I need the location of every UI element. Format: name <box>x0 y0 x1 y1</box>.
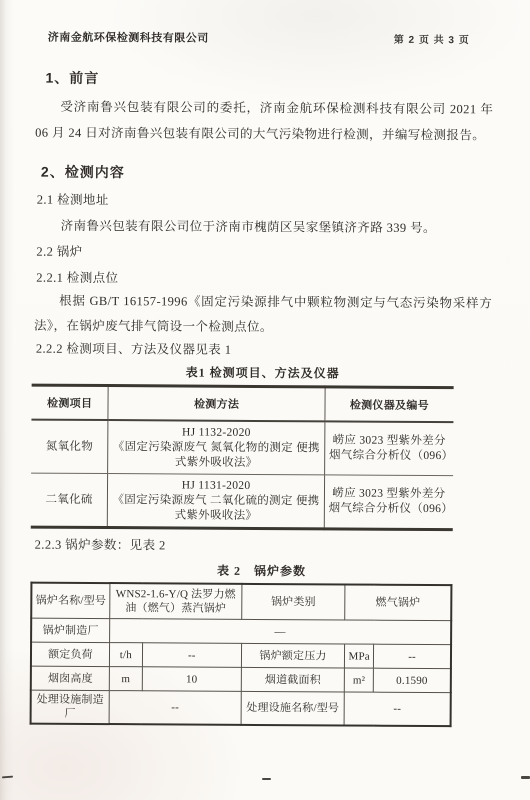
instrument-cell: 崂应 3023 型紫外差分烟气综合分析仪（096） <box>324 475 453 530</box>
rated-load-label: 额定负荷 <box>31 642 110 666</box>
address-text: 济南鲁兴包装有限公司位于济南市槐荫区吴家堡镇济齐路 339 号。 <box>61 216 493 237</box>
flue-area-unit: m² <box>344 668 373 692</box>
manufacturer-value: — <box>110 619 452 645</box>
chimney-height-unit: m <box>109 667 142 691</box>
method-code: HJ 1131-2020 <box>112 478 320 494</box>
method-cell: HJ 1131-2020 《固定污染源废气 二氧化硫的测定 便携式紫外吸收法》 <box>108 474 325 529</box>
method-name: 《固定污染源废气 氮氧化物的测定 便携式紫外吸收法》 <box>112 440 320 471</box>
boiler-name-value: WNS2-1.6-Y/Q 法罗力燃油（燃气）蒸汽锅炉 <box>110 583 242 619</box>
method-cell: HJ 1132-2020 《固定污染源废气 氮氧化物的测定 便携式紫外吸收法》 <box>108 420 325 475</box>
heading-2-2-2: 2.2.2 检测项目、方法及仪器见表 1 <box>36 339 492 360</box>
table-boiler-parameters: 锅炉名称/型号 WNS2-1.6-Y/Q 法罗力燃油（燃气）蒸汽锅炉 锅炉类别 … <box>30 582 453 728</box>
table2-caption: 表 2 锅炉参数 <box>32 561 490 581</box>
table-row: 锅炉制造厂 — <box>31 618 451 645</box>
treatment-manufacturer-value: -- <box>109 691 241 725</box>
rated-pressure-value: -- <box>374 644 451 668</box>
heading-2-1: 2.1 检测地址 <box>37 190 493 211</box>
boiler-name-label: 锅炉名称/型号 <box>31 583 110 619</box>
table-row: 氮氧化物 HJ 1132-2020 《固定污染源废气 氮氧化物的测定 便携式紫外… <box>31 420 453 476</box>
heading-2-2-1: 2.2.1 检测点位 <box>36 268 492 289</box>
sampling-point-paragraph: 根据 GB/T 16157-1996《固定污染源排气中颗粒物测定与气态污染物采样… <box>34 289 492 342</box>
instrument-cell: 崂应 3023 型紫外差分烟气综合分析仪（096） <box>324 421 453 475</box>
table1-caption: 表1 检测项目、方法及仪器 <box>34 363 492 383</box>
method-code: HJ 1132-2020 <box>113 425 321 441</box>
section2-title: 2、检测内容 <box>41 162 493 185</box>
table-row: 额定负荷 t/h -- 锅炉额定压力 MPa -- <box>31 642 451 669</box>
treatment-manufacturer-label: 处理设施制造厂 <box>31 690 110 724</box>
page-content: 济南金航环保检测科技有限公司 第 2 页 共 3 页 1、前言 受济南鲁兴包装有… <box>0 0 530 800</box>
company-name: 济南金航环保检测科技有限公司 <box>48 29 209 46</box>
boiler-type-label: 锅炉类别 <box>242 584 346 620</box>
treatment-name-value: -- <box>344 692 450 726</box>
treatment-name-label: 处理设施名称/型号 <box>241 691 345 725</box>
section1-paragraph: 受济南鲁兴包装有限公司的委托，济南金航环保检测科技有限公司 2021 年 06 … <box>35 94 493 149</box>
table-row: 处理设施制造厂 -- 处理设施名称/型号 -- <box>31 690 451 726</box>
table-row: 二氧化硫 HJ 1131-2020 《固定污染源废气 二氧化硫的测定 便携式紫外… <box>31 473 453 530</box>
flue-area-value: 0.1590 <box>373 668 450 692</box>
table-row: 锅炉名称/型号 WNS2-1.6-Y/Q 法罗力燃油（燃气）蒸汽锅炉 锅炉类别 … <box>31 583 451 621</box>
chimney-height-label: 烟囱高度 <box>31 666 110 690</box>
document-header: 济南金航环保检测科技有限公司 第 2 页 共 3 页 <box>36 29 494 48</box>
chimney-height-value: 10 <box>142 667 241 692</box>
table-detection-methods: 检测项目 检测方法 检测仪器及编号 氮氧化物 HJ 1132-2020 《固定污… <box>31 384 454 532</box>
method-name: 《固定污染源废气 二氧化硫的测定 便携式紫外吸收法》 <box>112 493 320 524</box>
scanned-report-page: 济南金航环保检测科技有限公司 第 2 页 共 3 页 1、前言 受济南鲁兴包装有… <box>0 0 530 800</box>
manufacturer-label: 锅炉制造厂 <box>31 618 110 642</box>
heading-2-2: 2.2 锅炉 <box>36 242 492 263</box>
rated-load-value: -- <box>142 643 241 668</box>
item-name: 氮氧化物 <box>31 420 108 474</box>
rated-pressure-unit: MPa <box>345 644 374 668</box>
table1-header-row: 检测项目 检测方法 检测仪器及编号 <box>31 385 453 422</box>
table1-header-method: 检测方法 <box>108 386 325 422</box>
scan-artifact-mark <box>521 776 530 779</box>
heading-2-2-3: 2.2.3 锅炉参数：见表 2 <box>35 535 491 556</box>
section1-title: 1、前言 <box>45 68 493 91</box>
item-name: 二氧化硫 <box>31 473 108 527</box>
scan-artifact-mark <box>262 778 271 780</box>
page-number: 第 2 页 共 3 页 <box>394 31 470 46</box>
flue-area-label: 烟道截面积 <box>241 667 344 692</box>
boiler-type-value: 燃气锅炉 <box>345 585 452 621</box>
table-row: 烟囱高度 m 10 烟道截面积 m² 0.1590 <box>31 666 451 693</box>
table1-header-instrument: 检测仪器及编号 <box>325 387 454 422</box>
rated-pressure-label: 锅炉额定压力 <box>241 643 344 668</box>
rated-load-unit: t/h <box>109 643 142 667</box>
table1-header-item: 检测项目 <box>31 385 108 420</box>
